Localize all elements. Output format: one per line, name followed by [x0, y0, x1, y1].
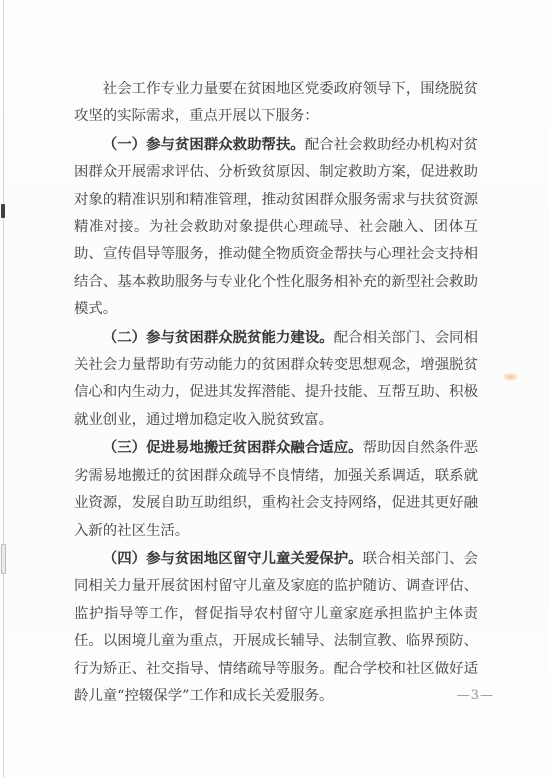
section-paragraph-2: （二）参与贫困群众脱贫能力建设。配合相关部门、会同相关社会力量帮助有劳动能力的贫… — [74, 324, 478, 435]
scan-gray-mark-artifact — [1, 544, 6, 574]
section-1-body: 配合社会救助经办机构对贫困群众开展需求评估、分析致贫原因、制定救助方案，促进救助… — [74, 137, 478, 317]
section-paragraph-3: （三）促进易地搬迁贫困群众融合适应。帮助因自然条件恶劣需易地搬迁的贫困群众疏导不… — [74, 434, 478, 545]
section-2-heading: （二）参与贫困群众脱贫能力建设。 — [103, 329, 334, 346]
section-1-heading: （一）参与贫困群众救助帮扶。 — [103, 136, 305, 153]
page-number: —3— — [457, 688, 494, 703]
section-3-heading: （三）促进易地搬迁贫困群众融合适应。 — [103, 439, 363, 456]
section-4-heading: （四）参与贫困地区留守儿童关爱保护。 — [103, 550, 363, 567]
section-4-body: 联合相关部门、会同相关力量开展贫困村留守儿童及家庭的监护随访、调查评估、监护指导… — [74, 551, 478, 704]
section-paragraph-4: （四）参与贫困地区留守儿童关爱保护。联合相关部门、会同相关力量开展贫困村留守儿童… — [74, 545, 478, 710]
scan-smudge-artifact — [503, 373, 518, 381]
scan-dark-mark-artifact — [1, 204, 5, 218]
intro-paragraph: 社会工作专业力量要在贫困地区党委政府领导下，围绕脱贫攻坚的实际需求，重点开展以下… — [74, 76, 478, 131]
document-page: 社会工作专业力量要在贫困地区党委政府领导下，围绕脱贫攻坚的实际需求，重点开展以下… — [0, 0, 550, 778]
section-paragraph-1: （一）参与贫困群众救助帮扶。配合社会救助经办机构对贫困群众开展需求评估、分析致贫… — [74, 131, 478, 324]
document-body: 社会工作专业力量要在贫困地区党委政府领导下，围绕脱贫攻坚的实际需求，重点开展以下… — [74, 76, 478, 710]
scan-edge-line-artifact — [3, 0, 4, 778]
